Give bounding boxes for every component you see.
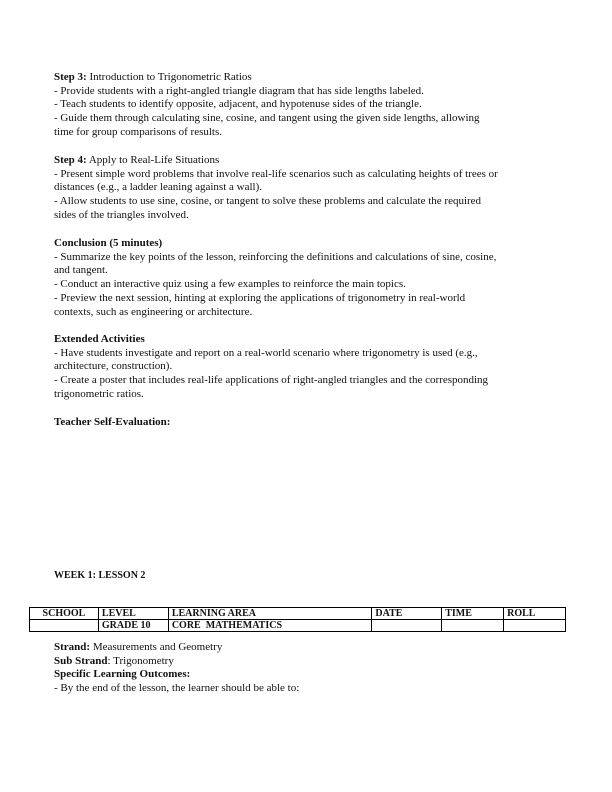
sub-strand-value: : Trigonometry xyxy=(108,655,174,667)
week-lesson-title: WEEK 1: LESSON 2 xyxy=(54,569,145,583)
extended-activities-line: - Have students investigate and report o… xyxy=(54,347,554,361)
step-4-line: distances (e.g., a ladder leaning agains… xyxy=(54,181,554,195)
step-4-line: - Allow students to use sine, cosine, or… xyxy=(54,195,554,209)
header-school: SCHOOL xyxy=(30,608,99,620)
step-4-section: Step 4: Apply to Real-Life Situations - … xyxy=(54,154,554,223)
step-3-heading: Step 3: Introduction to Trigonometric Ra… xyxy=(54,71,554,85)
cell-date xyxy=(372,620,442,632)
header-roll: ROLL xyxy=(504,608,566,620)
self-evaluation-heading: Teacher Self-Evaluation: xyxy=(54,416,554,430)
outcomes-line: - By the end of the lesson, the learner … xyxy=(54,682,554,696)
extended-activities-heading: Extended Activities xyxy=(54,333,554,347)
step-4-label: Step 4: xyxy=(54,154,87,166)
sub-strand-label: Sub Strand xyxy=(54,655,108,667)
cell-roll xyxy=(504,620,566,632)
step-3-section: Step 3: Introduction to Trigonometric Ra… xyxy=(54,71,554,140)
outcomes-heading: Specific Learning Outcomes: xyxy=(54,668,554,682)
conclusion-section: Conclusion (5 minutes) - Summarize the k… xyxy=(54,237,554,319)
strand-line: Strand: Measurements and Geometry xyxy=(54,641,554,655)
conclusion-line: and tangent. xyxy=(54,264,554,278)
step-3-line: - Guide them through calculating sine, c… xyxy=(54,112,554,126)
header-time: TIME xyxy=(442,608,504,620)
cell-school xyxy=(30,620,99,632)
conclusion-line: - Summarize the key points of the lesson… xyxy=(54,251,554,265)
strand-label: Strand: xyxy=(54,641,90,653)
cell-time xyxy=(442,620,504,632)
extended-activities-line: - Create a poster that includes real-lif… xyxy=(54,374,554,388)
document-page: Step 3: Introduction to Trigonometric Ra… xyxy=(0,0,612,792)
step-3-line: - Provide students with a right-angled t… xyxy=(54,85,554,99)
header-date: DATE xyxy=(372,608,442,620)
self-evaluation-section: Teacher Self-Evaluation: xyxy=(54,416,554,430)
table-row: GRADE 10 CORE MATHEMATICS xyxy=(30,620,566,632)
conclusion-line: - Conduct an interactive quiz using a fe… xyxy=(54,278,554,292)
conclusion-line: - Preview the next session, hinting at e… xyxy=(54,292,554,306)
header-learning-area: LEARNING AREA xyxy=(168,608,372,620)
cell-learning-area: CORE MATHEMATICS xyxy=(168,620,372,632)
step-4-heading: Step 4: Apply to Real-Life Situations xyxy=(54,154,554,168)
extended-activities-line: architecture, construction). xyxy=(54,360,554,374)
conclusion-line: contexts, such as engineering or archite… xyxy=(54,306,554,320)
strand-value: Measurements and Geometry xyxy=(90,641,222,653)
conclusion-heading: Conclusion (5 minutes) xyxy=(54,237,554,251)
extended-activities-line: trigonometric ratios. xyxy=(54,388,554,402)
sub-strand-line: Sub Strand: Trigonometry xyxy=(54,655,554,669)
header-level: LEVEL xyxy=(98,608,168,620)
step-3-title: Introduction to Trigonometric Ratios xyxy=(87,71,252,83)
step-3-line: - Teach students to identify opposite, a… xyxy=(54,98,554,112)
step-3-label: Step 3: xyxy=(54,71,87,83)
extended-activities-section: Extended Activities - Have students inve… xyxy=(54,333,554,402)
table-header-row: SCHOOL LEVEL LEARNING AREA DATE TIME ROL… xyxy=(30,608,566,620)
lesson-info-table: SCHOOL LEVEL LEARNING AREA DATE TIME ROL… xyxy=(29,607,566,632)
step-3-line: time for group comparisons of results. xyxy=(54,126,554,140)
step-4-line: sides of the triangles involved. xyxy=(54,209,554,223)
step-4-title: Apply to Real-Life Situations xyxy=(87,154,220,166)
cell-level: GRADE 10 xyxy=(98,620,168,632)
strand-section: Strand: Measurements and Geometry Sub St… xyxy=(54,641,554,696)
step-4-line: - Present simple word problems that invo… xyxy=(54,168,554,182)
